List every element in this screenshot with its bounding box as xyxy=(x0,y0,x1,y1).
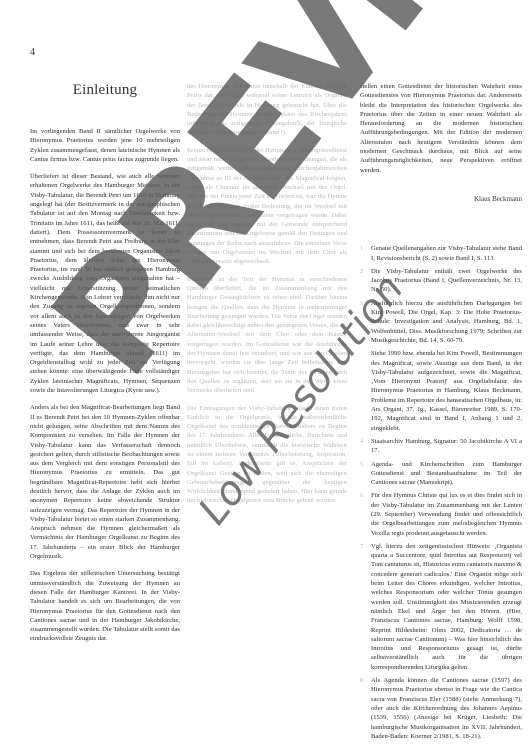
paragraph: Im vorliegenden Band II sämtlicher Orgel… xyxy=(30,127,180,164)
footnote: 3 Ausführlich hierzu die ausführlichen D… xyxy=(360,299,522,345)
footnote-text: Als Agenda können die Cantiones sacrae (… xyxy=(371,676,522,741)
paragraph: Anders als bei den Magnificat-Bearbeitun… xyxy=(30,403,180,561)
right-text-column: stellen einen Gottesdienst der historisc… xyxy=(360,82,522,745)
footnote: 4 Staatsarchiv Hamburg, Signatur: 50 Jac… xyxy=(360,437,522,456)
footnotes-list: 1 Genaue Quellenangaben zur Visby-Tabula… xyxy=(360,244,522,741)
page-title: Einleitung xyxy=(30,82,180,99)
footnote-text: Die Visby-Tabulatur enthält zwei Orgelwe… xyxy=(371,267,522,295)
paragraph: Die Eintragungen der Visby-Tabulatur erl… xyxy=(187,404,347,506)
footnote-text: Ausführlich hierzu die ausführlichen Dar… xyxy=(371,299,522,345)
footnote-number: 1 xyxy=(360,244,366,263)
paragraph: stellen einen Gottesdienst der historisc… xyxy=(360,82,522,175)
footnote: 2 Die Visby-Tabulatur enthält zwei Orgel… xyxy=(360,267,522,295)
footnote-number: 7 xyxy=(360,542,366,672)
footnote-number: 3 xyxy=(360,299,366,345)
document-page: 4 Einleitung Im vorliegenden Band II säm… xyxy=(0,0,530,750)
footnote: 8 Als Agenda können die Cantiones sacrae… xyxy=(360,676,522,741)
paragraph: Das Ergebnis der stilkritischen Untersuc… xyxy=(30,569,180,643)
footnote-text: Siehe 1990 bzw. ebenda bei Kim Powell, B… xyxy=(371,349,522,433)
footnote: 1 Genaue Quellenangaben zur Visby-Tabula… xyxy=(360,244,522,263)
footnote-number xyxy=(360,349,366,433)
footnote: 6 Für den Hymnus Christe qui lux es et d… xyxy=(360,491,522,537)
author-signature: Klaus Beckmann xyxy=(360,195,522,204)
footnote: 5 Agenda- und Kirchenschriften zum Hambu… xyxy=(360,460,522,488)
footnote-text: Genaue Quellenangaben zur Visby-Tabulatu… xyxy=(371,244,522,263)
page-number: 4 xyxy=(30,47,35,58)
middle-text-column: des Hieronymus Praetorius innerhalb der … xyxy=(187,82,347,514)
footnote-number: 6 xyxy=(360,491,366,537)
paragraph: Bisweilen ist der Text der Hymnen in ver… xyxy=(187,275,347,396)
paragraph: Seinen Hauptzweck fand der Hymnus im Ves… xyxy=(187,146,347,267)
footnote-number: 8 xyxy=(360,676,366,741)
footnote-number: 2 xyxy=(360,267,366,295)
footnote-number: 5 xyxy=(360,460,366,488)
footnote-number: 4 xyxy=(360,437,366,456)
footnote-text: Vgl. hierzu den zeitgenössischen Hinweis… xyxy=(371,542,522,672)
footnote: Siehe 1990 bzw. ebenda bei Kim Powell, B… xyxy=(360,349,522,433)
left-text-column: Im vorliegenden Band II sämtlicher Orgel… xyxy=(30,127,180,652)
footnote: 7 Vgl. hierzu den zeitgenössischen Hinwe… xyxy=(360,542,522,672)
footnote-text: Agenda- und Kirchenschriften zum Hamburg… xyxy=(371,460,522,488)
footnote-text: Staatsarchiv Hamburg, Signatur: 50 Jacob… xyxy=(371,437,522,456)
footnote-text: Für den Hymnus Christe qui lux es et die… xyxy=(371,491,522,537)
paragraph: des Hieronymus Praetorius innerhalb der … xyxy=(187,82,347,138)
paragraph: Überliefert ist dieser Bestand, wie auch… xyxy=(30,172,180,395)
